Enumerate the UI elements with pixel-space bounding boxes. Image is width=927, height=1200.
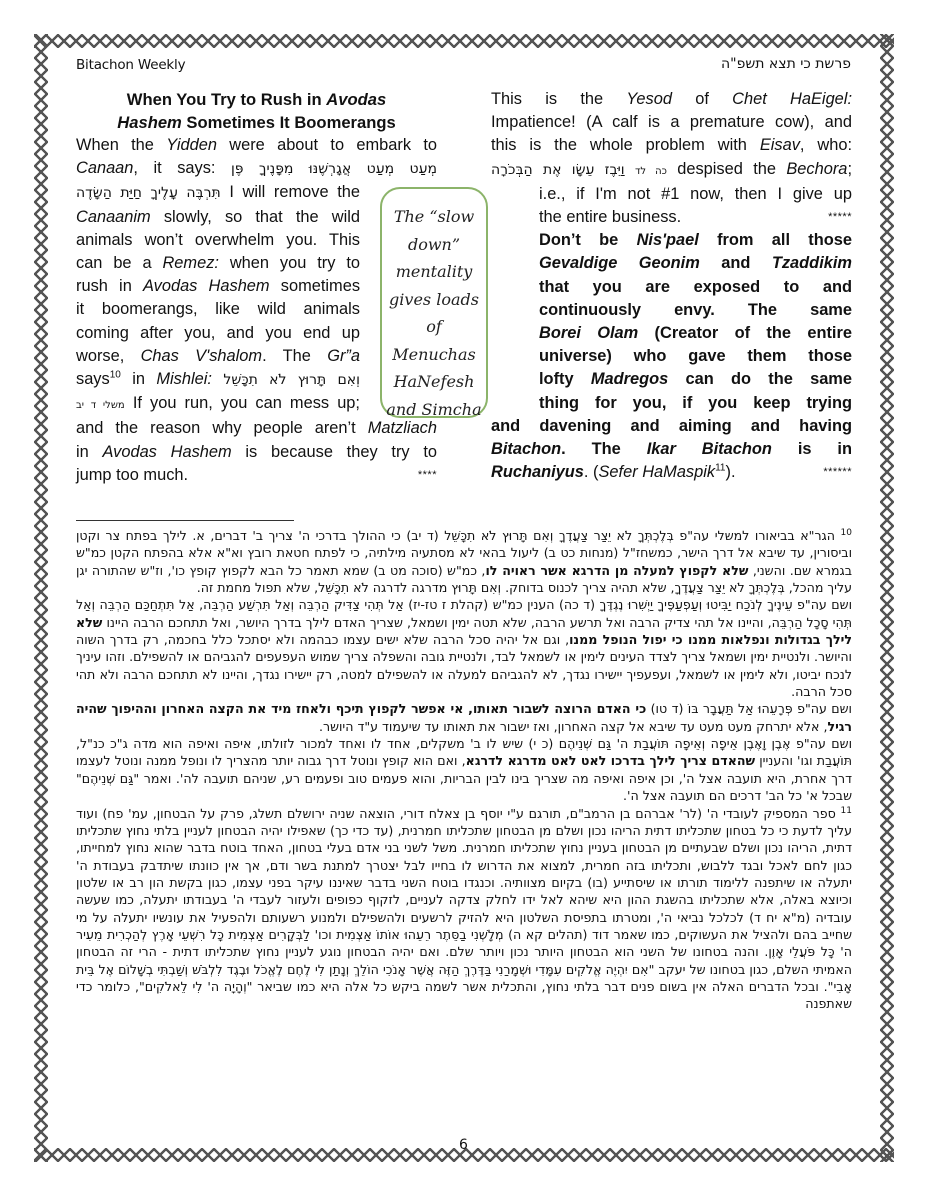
wrapped-text-beside-callout: תִּרְבֶּה עָלֶיךָ חַיַּת הַשָּׂדֶה I wil… [76, 181, 360, 417]
footnote-10-para-2: ושם עה"פ עֵינֶיךָ לְנֹכַח יַבִּיטוּ וְעַ… [76, 596, 852, 700]
text-line: Gevaldige Geonim and Tzaddikim [539, 252, 852, 275]
text-line: this is the whole problem with Eisav, wh… [491, 134, 852, 157]
footnote-separator [76, 520, 294, 521]
footnote-10-para-1: 10 הגר"א בביאורו למשלי עה"פ בְּלֶכְתְּךָ… [76, 527, 852, 596]
text-line: universe) who gave them those [539, 345, 852, 368]
text-line: that you are exposed to and [539, 276, 852, 299]
footnote-10-para-4: ושם עה"פ אֶבֶן וָאֶבֶן אֵיפָה וְאֵיפָה ת… [76, 735, 852, 804]
section-separator-stars: ****** [823, 461, 852, 484]
text-line: it boomerangs, like wild animals [76, 298, 360, 321]
page-number: 6 [0, 1137, 927, 1153]
text-line: Ruchaniyus. (Sefer HaMaspik11).****** [491, 461, 852, 484]
article-right-column: This is the Yesod of Chet HaEigel: Impat… [491, 88, 852, 484]
footnote-ref-11[interactable]: 11 [715, 463, 725, 474]
callout-line: The “slow [382, 203, 486, 231]
footnote-11: 11 ספר המספיק לעובדי ה' (לר' אברהם בן הר… [76, 805, 852, 1013]
hebrew-quote: מְעַט מְעַט אֲגָרְשֶׁנּוּ מִפָּנֶיךָ פֶּ… [231, 161, 437, 177]
callout-line: down” [382, 231, 486, 259]
text-line: Don’t be Nis'pael from all those [539, 229, 852, 252]
text-line: i.e., if I'm not #1 now, then I give up [539, 183, 852, 206]
text-line: in Avodas Hashem is because they try to [76, 441, 437, 464]
text-line: can be a Remez: when you try to [76, 252, 360, 275]
text-line: continuously envy. The same [539, 299, 852, 322]
parsha-title: פרשת כי תצא תשפ"ה [721, 56, 851, 72]
footnote-number: 10 [841, 528, 852, 538]
wrapped-text-beside-callout: i.e., if I'm not #1 now, then I give up … [539, 183, 852, 415]
source-reference: משלי ד יב [76, 400, 125, 411]
pull-quote-callout: The “slow down” mentality gives loads of… [380, 187, 488, 418]
article-title: When You Try to Rush in Avodas Hashem So… [76, 88, 437, 134]
callout-line: gives loads [382, 286, 486, 314]
text-line: says10 in Mishlei: וְאִם תָּרוּץ לֹא תִכ… [76, 368, 360, 392]
border-right [880, 34, 894, 1162]
text-line: thing for you, if you keep trying [539, 392, 852, 415]
callout-line: of Menuchas [382, 313, 486, 368]
text-line: This is the Yesod of Chet HaEigel: [491, 88, 852, 111]
text-line: Bitachon. The Ikar Bitachon is in [491, 438, 852, 461]
text-line: worse, Chas V'shalom. The Gr”a [76, 345, 360, 368]
text-line: Canaanim slowly, so that the wild [76, 206, 360, 229]
hebrew-quote: וַיִּבֶז עֵשָׂו אֶת הַבְּכֹרָה [491, 162, 625, 178]
source-reference: כה לד [635, 166, 667, 177]
publication-title: Bitachon Weekly [76, 57, 185, 73]
footnote-10-para-3: ושם עה"פ פְּרָעֵהוּ אַל תַּעֲבָר בּוֹ (ד… [76, 700, 852, 735]
text-line: Borei Olam (Creator of the entire [539, 322, 852, 345]
text-line: משלי ד יב If you run, you can mess up; [76, 392, 360, 417]
section-separator-stars: **** [418, 464, 437, 487]
callout-line: and Simcha [382, 396, 486, 424]
hebrew-quote: תִּרְבֶּה עָלֶיךָ חַיַּת הַשָּׂדֶה [76, 185, 221, 201]
section-separator-stars: ***** [828, 206, 852, 229]
border-left [34, 34, 48, 1162]
text-line: jump too much.**** [76, 464, 437, 487]
callout-line: mentality [382, 258, 486, 286]
footnotes-section: 10 הגר"א בביאורו למשלי עה"פ בְּלֶכְתְּךָ… [76, 527, 852, 1013]
text-line: Impatience! (A calf is a premature cow),… [491, 111, 852, 134]
footnote-ref-10[interactable]: 10 [110, 370, 121, 381]
text-line: When the Yidden were about to embark to [76, 134, 437, 157]
text-line: rush in Avodas Hashem sometimes [76, 275, 360, 298]
hebrew-quote: וְאִם תָּרוּץ לֹא תִכָּשֵׁל [223, 372, 360, 388]
callout-line: HaNefesh [382, 368, 486, 396]
text-line: Canaan, it says: מְעַט מְעַט אֲגָרְשֶׁנּ… [76, 157, 437, 181]
text-line: animals won’t overwhelm you. This [76, 229, 360, 252]
text-line: and davening and aiming and having [491, 415, 852, 438]
text-line: lofty Madregos can do the same [539, 368, 852, 391]
text-line: the entire business.***** [539, 206, 852, 229]
footnote-number: 11 [841, 805, 852, 815]
text-line: תִּרְבֶּה עָלֶיךָ חַיַּת הַשָּׂדֶה I wil… [76, 181, 360, 205]
border-top [34, 34, 894, 48]
text-line: coming after you, and you end up [76, 322, 360, 345]
text-line: כה לד וַיִּבֶז עֵשָׂו אֶת הַבְּכֹרָה des… [491, 158, 852, 183]
